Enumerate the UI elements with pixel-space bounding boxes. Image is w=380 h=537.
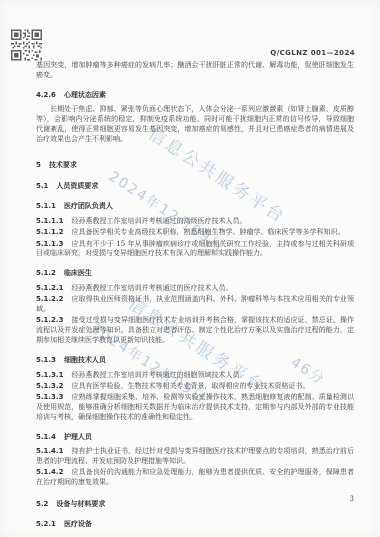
clause-text: 护理人员 bbox=[64, 433, 92, 441]
section-heading: 5.1.1医疗团队负责人 bbox=[36, 202, 354, 212]
clause: 5.1.3.1经孙燕教授工作室培训并考核通过的细胞领域技术人员。 bbox=[36, 371, 354, 381]
clause: 5.1.4.1持有护士执业证书，经过针对受损与变异细胞医疗技术护理要点的专项培训… bbox=[36, 447, 354, 467]
clause-text: 接受过受损与变异细胞医疗技术专业培训并考核合格，掌握该技术的适应证、禁忌证、操作… bbox=[36, 316, 354, 344]
clause-number: 5.1.4.1 bbox=[36, 447, 63, 455]
clause-text: 应具有不少于 15 年从事肿瘤疾病诊疗或细胞相关研究工作经验，主持或参与过相关科… bbox=[36, 240, 354, 258]
clause-number: 5.1.4 bbox=[36, 433, 56, 441]
section-heading: 5.1.2临床医生 bbox=[36, 269, 354, 279]
clause-text: 应具备良好的沟通能力和应急处理能力，能够为患者提供优质、安全的护理服务，保障患者… bbox=[36, 468, 354, 486]
clause-number: 5.1.2.3 bbox=[36, 316, 63, 324]
clause: 5.1.3.3应熟练掌握细胞采集、培养、检测等实验室操作技术，熟悉细胞修复液的配… bbox=[36, 393, 354, 422]
clause-number: 5.1.3.1 bbox=[36, 371, 63, 379]
section-heading: 4.2.6心理状态因素 bbox=[36, 91, 354, 101]
section-heading: 5.2.1医疗设备 bbox=[36, 520, 354, 530]
clause-number: 5.1.4.2 bbox=[36, 468, 63, 476]
clause-number: 5.1.3 bbox=[36, 356, 56, 364]
clause-text: 应具备医学相关专业高级技术职称，熟悉细胞生物学、肿瘤学、临床医学等多学科知识。 bbox=[71, 228, 344, 236]
page-number: 3 bbox=[350, 495, 354, 503]
clause-text: 心理状态因素 bbox=[64, 91, 106, 99]
clause: 5.1.1.1经孙燕教授工作室培训并考核通过的高级医疗技术人员。 bbox=[36, 217, 354, 227]
clause-text: 应取得执业医师资格证书，执业范围涵盖内科、外科、肿瘤科等与本技术应用相关的专业领… bbox=[36, 295, 354, 313]
clause-number: 5.1.1.1 bbox=[36, 217, 63, 225]
section-heading: 5.2设备与材料要求 bbox=[36, 500, 354, 510]
clause-text: 设备与材料要求 bbox=[56, 500, 105, 508]
paragraph: 长期处于焦虑、抑郁、紧张等负面心理状态下，人体会分泌一系列应激激素（如肾上腺素、… bbox=[36, 105, 354, 144]
clause: 5.1.1.2应具备医学相关专业高级技术职称，熟悉细胞生物学、肿瘤学、临床医学等… bbox=[36, 228, 354, 238]
clause-number: 5.1.3.3 bbox=[36, 393, 63, 401]
clause-number: 5.1.2.1 bbox=[36, 284, 63, 292]
paragraph: 基因突变，增加肿瘤等多种癌症的发病几率；酗酒会干扰肝脏正常的代谢、解毒功能，促使… bbox=[36, 61, 354, 81]
document-page: 信息公共服务平台2024年12月09日信息公共服务平台2024年12月09日46… bbox=[0, 0, 380, 537]
clause-number: 5.2.1 bbox=[36, 520, 56, 528]
clause-text: 经孙燕教授工作室培训并考核通过的医疗技术人员。 bbox=[71, 284, 232, 292]
clause-text: 应具有医学检验、生物技术等相关专业背景，取得相应的专业技术资格证书。 bbox=[71, 382, 309, 390]
clause-text: 人员资质要求 bbox=[56, 182, 98, 190]
clause-number: 4.2.6 bbox=[36, 91, 56, 99]
clause: 5.1.2.2应取得执业医师资格证书，执业范围涵盖内科、外科、肿瘤科等与本技术应… bbox=[36, 295, 354, 315]
clause-number: 5.1.1.2 bbox=[36, 228, 63, 236]
clause-text: 技术要求 bbox=[49, 161, 77, 169]
clause-number: 5.1.1 bbox=[36, 202, 56, 210]
clause-number: 5.1.1.3 bbox=[36, 240, 63, 248]
clause-text: 长期处于焦虑、抑郁、紧张等负面心理状态下，人体会分泌一系列应激激素（如肾上腺素、… bbox=[36, 105, 354, 142]
clause-text: 医疗团队负责人 bbox=[64, 202, 113, 210]
clause: 5.1.2.3接受过受损与变异细胞医疗技术专业培训并考核合格，掌握该技术的适应证… bbox=[36, 316, 354, 345]
clause: 5.1.4.2应具备良好的沟通能力和应急处理能力，能够为患者提供优质、安全的护理… bbox=[36, 468, 354, 488]
section-heading: 5.1.3细胞技术人员 bbox=[36, 356, 354, 366]
clause-number: 5 bbox=[36, 161, 41, 169]
standard-code: Q/CGLNZ 001—2024 bbox=[270, 49, 355, 57]
clause-text: 经孙燕教授工作室培训并考核通过的高级医疗技术人员。 bbox=[71, 217, 246, 225]
clause-number: 5.1.2 bbox=[36, 269, 56, 277]
clause-text: 临床医生 bbox=[64, 269, 92, 277]
clause-text: 细胞技术人员 bbox=[64, 356, 106, 364]
qr-code-icon bbox=[11, 29, 42, 61]
clause-text: 基因突变，增加肿瘤等多种癌症的发病几率；酗酒会干扰肝脏正常的代谢、解毒功能，促使… bbox=[36, 61, 354, 79]
clause-number: 5.1.2.2 bbox=[36, 295, 63, 303]
clause-text: 医疗设备 bbox=[64, 520, 92, 528]
clause-number: 5.1 bbox=[36, 182, 48, 190]
clause: 5.1.1.3应具有不少于 15 年从事肿瘤疾病诊疗或细胞相关研究工作经验，主持… bbox=[36, 240, 354, 260]
section-heading: 5.1人员资质要求 bbox=[36, 182, 354, 192]
clause-text: 经孙燕教授工作室培训并考核通过的细胞领域技术人员。 bbox=[71, 371, 246, 379]
clause: 5.1.3.2应具有医学检验、生物技术等相关专业背景，取得相应的专业技术资格证书… bbox=[36, 382, 354, 392]
clause: 5.1.2.1经孙燕教授工作室培训并考核通过的医疗技术人员。 bbox=[36, 284, 354, 294]
clause-text: 应熟练掌握细胞采集、培养、检测等实验室操作技术，熟悉细胞修复液的配制、质量检测以… bbox=[36, 393, 354, 421]
clause-number: 5.1.3.2 bbox=[36, 382, 63, 390]
section-heading: 5.1.4护理人员 bbox=[36, 433, 354, 443]
section-heading: 5技术要求 bbox=[36, 161, 354, 171]
clause-text: 持有护士执业证书，经过针对受损与变异细胞医疗技术护理要点的专项培训，熟悉治疗前后… bbox=[36, 447, 354, 465]
clause-number: 5.2 bbox=[36, 500, 48, 508]
document-body: 基因突变，增加肿瘤等多种癌症的发病几率；酗酒会干扰肝脏正常的代谢、解毒功能，促使… bbox=[36, 61, 354, 535]
